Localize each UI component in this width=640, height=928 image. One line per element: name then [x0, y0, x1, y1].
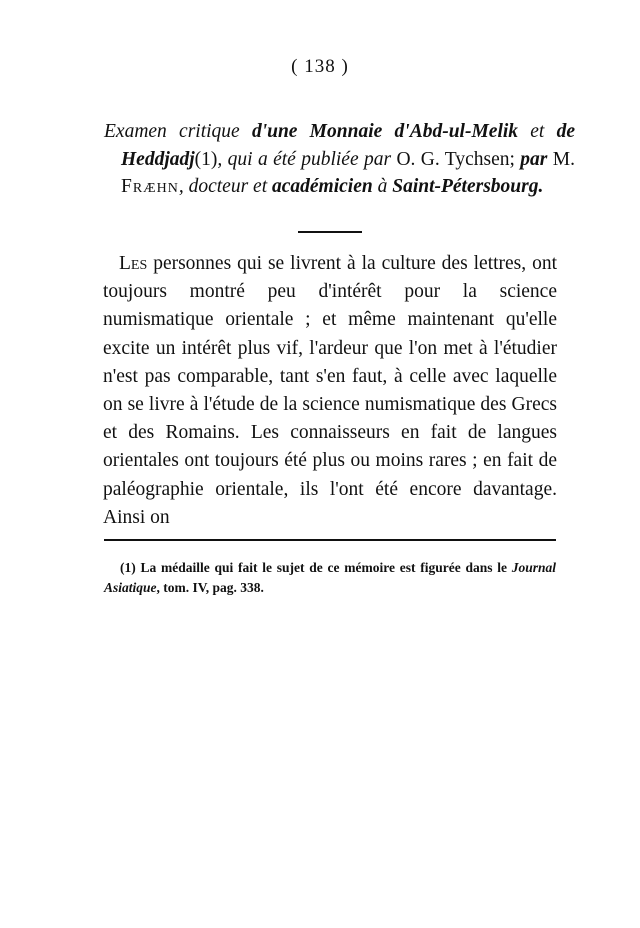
title-text: Examen critique [104, 121, 252, 142]
title-text: , docteur et [179, 176, 272, 197]
footnote-marker: (1) [120, 560, 136, 575]
body-paragraph: Les personnes qui se livrent à la cultur… [103, 250, 557, 532]
paragraph-text: personnes qui se livrent à la culture de… [103, 253, 557, 528]
title-text: et [518, 121, 557, 142]
footnote-text: , tom. IV, pag. 338. [157, 580, 264, 595]
title-author-name: Fræhn [121, 176, 179, 197]
article-title: Examen critique d'une Monnaie d'Abd-ul-M… [104, 118, 575, 201]
title-text: académicien [272, 176, 373, 197]
title-divider [298, 231, 362, 233]
title-subject: d'une Monnaie d'Abd-ul-Melik [252, 121, 518, 142]
footnote-divider [104, 539, 556, 541]
page-number: ( 138 ) [0, 56, 640, 78]
title-text: par [520, 149, 547, 170]
paragraph-lead: Les [119, 253, 147, 274]
title-author: O. G. Tychsen; [396, 149, 520, 170]
footnote: (1) La médaille qui fait le sujet de ce … [104, 558, 556, 598]
title-text: à [373, 176, 393, 197]
footnote-text: La médaille qui fait le sujet de ce mémo… [136, 560, 512, 575]
title-place: Saint-Pétersbourg. [392, 176, 543, 197]
title-text: , qui a été publiée par [217, 149, 396, 170]
title-text: M. [547, 149, 575, 170]
footnote-reference: (1) [195, 149, 218, 170]
